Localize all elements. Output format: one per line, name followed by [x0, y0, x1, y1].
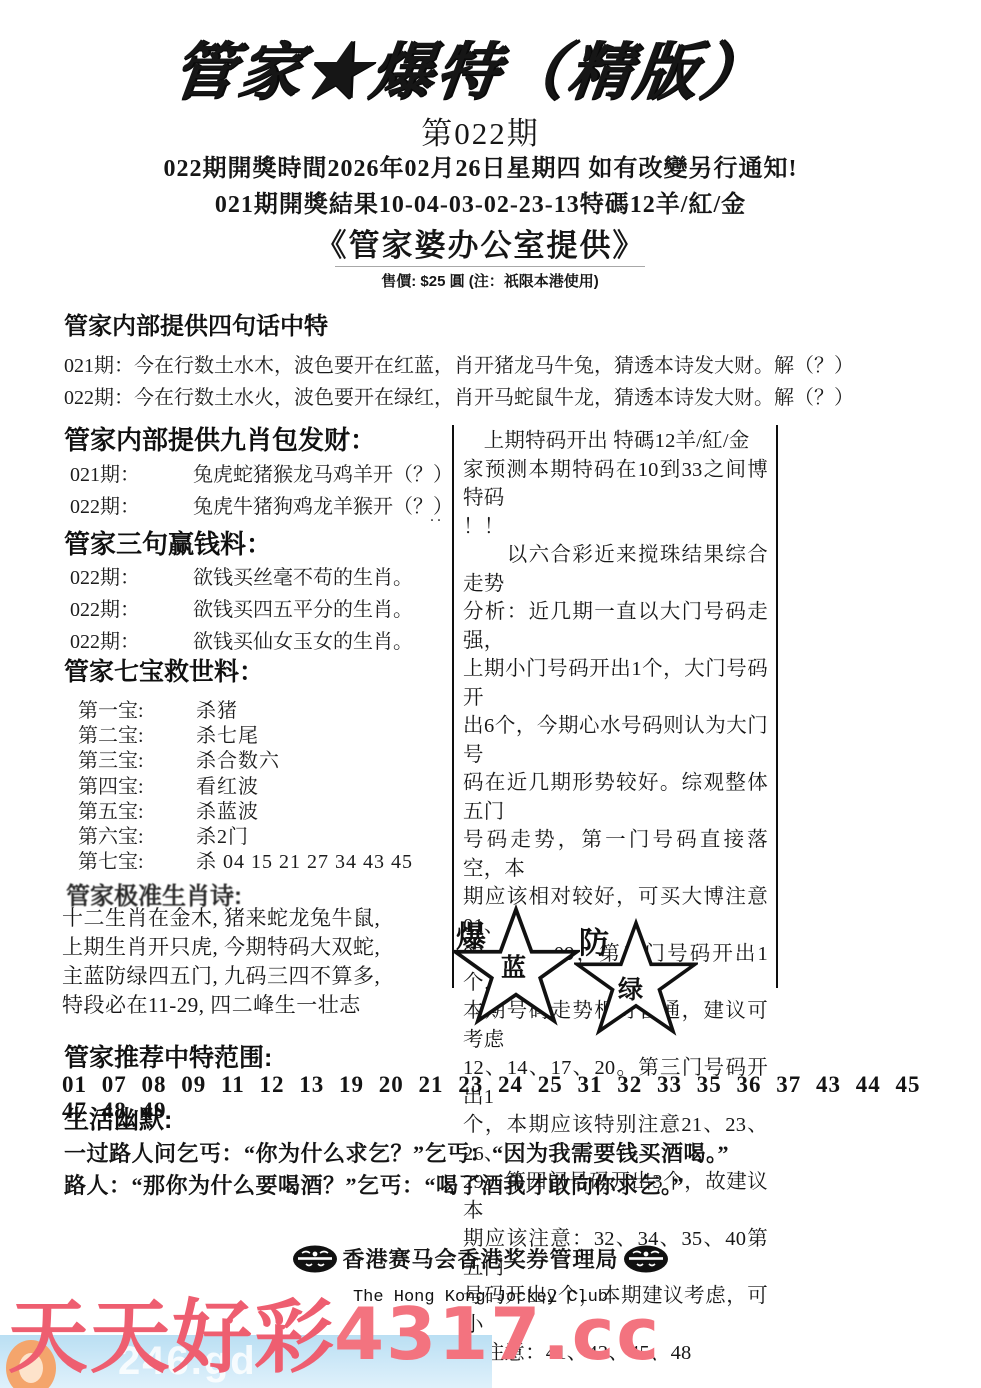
three-picks-row: 022期： 欲钱买仙女玉女的生肖。 [70, 625, 450, 654]
issue-number: 第022期 [0, 108, 961, 153]
nine-zodiac-row: 022期： 兔虎牛猪狗鸡龙羊猴开（？） [70, 490, 450, 519]
row-label: 022期： [70, 625, 143, 654]
treasure-row: 第六宝: 杀2门 [78, 820, 448, 845]
hkjc-logo-icon [623, 1244, 669, 1274]
poem-line: 主蓝防绿四五门, 九码三四不算多, [62, 962, 452, 991]
section-heading-nine-zodiac: 管家内部提供九肖包发财： [64, 420, 376, 457]
row-label: 022期： [70, 561, 143, 590]
humor-line: 一过路人问乞丐：“你为什么求乞？”乞丐：“因为我需要钱买酒喝。” [64, 1137, 944, 1168]
four-sentences-row: 022期：今在行数土水火，波色要开在绿红，肖开马蛇鼠牛龙，猜透本诗发大财。解（？… [64, 381, 944, 410]
footer-org-cn: 香港赛马会香港奖券管理局 [342, 1243, 618, 1274]
row-text: 欲钱买丝毫不苟的生肖。 [193, 561, 413, 590]
row-text: 兔虎蛇猪猴龙马鸡羊开（？） [193, 458, 450, 487]
previous-result-line: 021期開獎結果10-04-03-02-23-13特碼12羊/紅/金 [0, 184, 961, 219]
recommend-numbers: 01 07 08 09 11 12 13 19 20 21 23 24 25 3… [62, 1072, 942, 1124]
humor-line: 路人：“那你为什么要喝酒？”乞丐：“喝了酒我才敢向你求乞。” [64, 1169, 944, 1200]
three-picks-row: 022期： 欲钱买丝毫不苟的生肖。 [70, 561, 450, 590]
treasure-row: 第一宝: 杀猪 [78, 694, 448, 719]
row-label: 022期： [70, 593, 143, 622]
zodiac-poem: 十二生肖在金木, 猪来蛇龙兔牛鼠, 上期生肖开只虎, 今期特码大双蛇, 主蓝防绿… [62, 904, 452, 1020]
banner-site-name: 天天好彩 [8, 1292, 336, 1384]
row-label: 021期： [70, 458, 143, 487]
section-heading-four-sentences: 管家内部提供四句话中特 [64, 306, 328, 341]
row-text: 欲钱买四五平分的生肖。 [193, 593, 413, 622]
star1-inner-label: 蓝 [501, 948, 526, 984]
scanned-lottery-sheet: 管家★爆特（精版） 第022期 022期開獎時間2026年02月26日星期四 如… [0, 0, 981, 1388]
price-note: 售價: $25 圓 (注：祇限本港使用) [335, 266, 645, 291]
footer-org-row: 香港赛马会香港奖券管理局 [0, 1243, 961, 1274]
draw-time-notice: 022期開獎時間2026年02月26日星期四 如有改變另行通知! [0, 148, 961, 183]
treasure-row: 第二宝: 杀七尾 [78, 719, 448, 744]
row-text: 杀 04 15 21 27 34 43 45 [196, 845, 413, 874]
section-heading-three-picks: 管家三句赢钱料： [64, 524, 272, 561]
star2-inner-label: 绿 [618, 970, 643, 1006]
hkjc-logo-icon [292, 1244, 338, 1274]
star2-prefix: 防 [579, 918, 609, 962]
nine-zodiac-row: 021期： 兔虎蛇猪猴龙马鸡羊开（？） [70, 458, 450, 487]
treasure-row: 第三宝: 杀合数六 [78, 744, 448, 769]
treasure-row: 第七宝: 杀 04 15 21 27 34 43 45 [78, 845, 448, 870]
poem-line: 上期生肖开只虎, 今期特码大双蛇, [62, 933, 452, 962]
provider-line: 《管家婆办公室提供》 [0, 220, 961, 265]
section-heading-humor: 生活幽默: [64, 1100, 172, 1136]
row-text: 兔虎牛猪狗鸡龙羊猴开（？） [193, 490, 450, 519]
row-label: 022期： [70, 490, 143, 519]
treasure-row: 第五宝: 杀蓝波 [78, 795, 448, 820]
section-heading-seven-treasures: 管家七宝救世料： [64, 652, 264, 688]
section-heading-recommend: 管家推荐中特范围: [64, 1038, 272, 1074]
three-picks-row: 022期： 欲钱买四五平分的生肖。 [70, 593, 450, 622]
star1-prefix: 爆 [456, 912, 486, 956]
row-text: 欲钱买仙女玉女的生肖。 [193, 625, 413, 654]
row-label: 第七宝: [78, 845, 148, 874]
page-title: 管家★爆特（精版） [45, 22, 896, 111]
four-sentences-row: 021期：今在行数土水木，波色要开在红蓝，肖开猪龙马牛兔，猜透本诗发大财。解（？… [64, 349, 944, 378]
analysis-text: 上期特码开出 特碼12羊/紅/金 家预测本期特码在10到33之间博特码 ！！ 以… [463, 427, 768, 1368]
poem-line: 十二生肖在金木, 猪来蛇龙兔牛鼠, [62, 904, 452, 933]
stray-dots: .. [430, 508, 444, 526]
seven-treasures-list: 第一宝: 杀猪 第二宝: 杀七尾 第三宝: 杀合数六 第四宝: 看红波 第五宝:… [78, 694, 448, 870]
banner-site-url: 4317.cc [334, 1288, 661, 1380]
poem-line: 特段必在11-29, 四二峰生一壮志 [62, 991, 452, 1020]
